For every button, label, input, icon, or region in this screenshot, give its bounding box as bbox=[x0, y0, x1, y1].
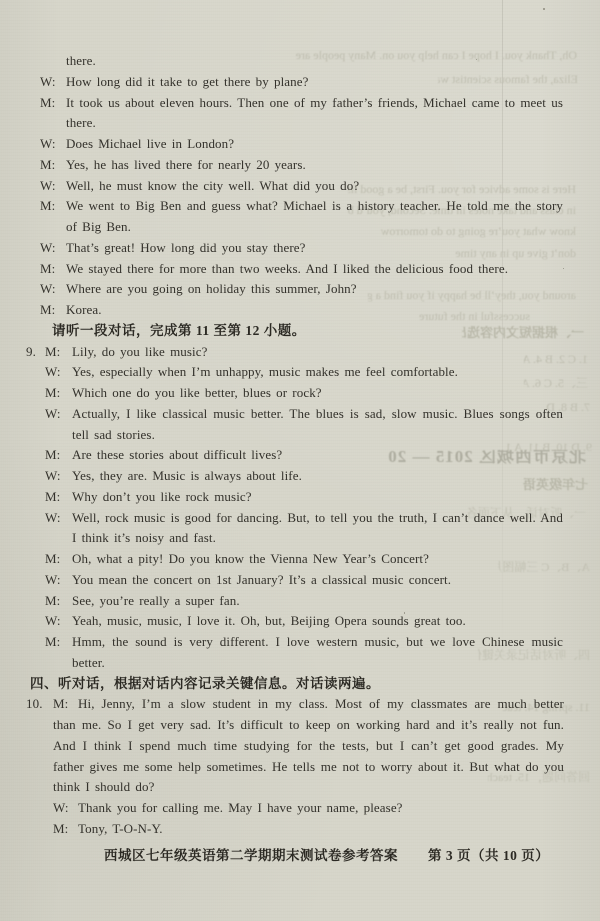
transcript-line: 9.M:Lily, do you like music? bbox=[26, 342, 563, 363]
speaker-label: M: bbox=[45, 549, 72, 570]
footer-page-number: 第 3 页（共 10 页） bbox=[428, 846, 549, 867]
line-text: Why don’t you like rock music? bbox=[72, 487, 563, 508]
dialogue-block-8: there.W:How long did it take to get ther… bbox=[0, 51, 600, 321]
speaker-label: W: bbox=[40, 176, 66, 197]
transcript-line: W:Actually, I like classical music bette… bbox=[26, 404, 563, 446]
speaker-label: M: bbox=[53, 694, 78, 715]
section-4-heading: 四、听对话，根据对话内容记录关键信息。对话读两遍。 bbox=[30, 674, 600, 695]
transcript-line: M:Oh, what a pity! Do you know the Vienn… bbox=[26, 549, 563, 570]
speaker-label: W: bbox=[40, 279, 66, 300]
line-text: Does Michael live in London? bbox=[66, 134, 563, 155]
speaker-label: M: bbox=[53, 819, 78, 840]
dialogue-block-9: 9.M:Lily, do you like music?W:Yes, espec… bbox=[0, 342, 600, 674]
speaker-label: M: bbox=[40, 155, 66, 176]
speaker-label: M: bbox=[40, 300, 66, 321]
line-text: Well, rock music is good for dancing. Bu… bbox=[72, 508, 563, 550]
transcript-line: W:You mean the concert on 1st January? I… bbox=[26, 570, 563, 591]
line-text: We stayed there for more than two weeks.… bbox=[66, 259, 563, 280]
speaker-label: W: bbox=[45, 611, 72, 632]
scanned-exam-answer-page: Oh, Thank you. I hope I can help you on.… bbox=[0, 0, 600, 921]
item-number bbox=[26, 445, 45, 466]
transcript-line: M:Why don’t you like rock music? bbox=[26, 487, 563, 508]
item-number: 10. bbox=[26, 694, 53, 715]
line-text: Lily, do you like music? bbox=[72, 342, 563, 363]
line-text: Yes, he has lived there for nearly 20 ye… bbox=[66, 155, 563, 176]
transcript-line: M:It took us about eleven hours. Then on… bbox=[40, 93, 563, 135]
line-text: Hmm, the sound is very different. I love… bbox=[72, 632, 563, 674]
footer-title: 西城区七年级英语第二学期期末测试卷参考答案 bbox=[104, 846, 398, 867]
transcript-content: there.W:How long did it take to get ther… bbox=[0, 51, 600, 840]
dialogue-block-10: 10.M:Hi, Jenny, I’m a slow student in my… bbox=[0, 694, 600, 839]
transcript-line: 10.M:Hi, Jenny, I’m a slow student in my… bbox=[53, 694, 564, 798]
transcript-line: W:Well, rock music is good for dancing. … bbox=[26, 508, 563, 550]
speaker-label: W: bbox=[53, 798, 78, 819]
speaker-label: M: bbox=[40, 196, 66, 238]
speaker-label: M: bbox=[40, 259, 66, 280]
transcript-line: M:We went to Big Ben and guess what? Mic… bbox=[40, 196, 563, 238]
line-text: Hi, Jenny, I’m a slow student in my clas… bbox=[53, 696, 564, 794]
line-text: It took us about eleven hours. Then one … bbox=[66, 93, 563, 135]
line-text: Well, he must know the city well. What d… bbox=[66, 176, 563, 197]
item-number bbox=[26, 404, 45, 446]
transcript-line: W:That’s great! How long did you stay th… bbox=[40, 238, 563, 259]
dust-speck bbox=[543, 8, 545, 10]
page-footer: 西城区七年级英语第二学期期末测试卷参考答案 第 3 页（共 10 页） bbox=[104, 846, 549, 867]
speaker-label: M: bbox=[45, 383, 72, 404]
transcript-line: W:Yeah, music, music, I love it. Oh, but… bbox=[26, 611, 563, 632]
item-number bbox=[26, 362, 45, 383]
transcript-line: W:Yes, especially when I’m unhappy, musi… bbox=[26, 362, 563, 383]
speaker-label: M: bbox=[45, 487, 72, 508]
item-number bbox=[26, 591, 45, 612]
line-text: Actually, I like classical music better.… bbox=[72, 404, 563, 446]
speaker-label: W: bbox=[40, 72, 66, 93]
transcript-line: there. bbox=[40, 51, 563, 72]
line-text: Tony, T-O-N-Y. bbox=[78, 821, 163, 836]
line-text: Yes, especially when I’m unhappy, music … bbox=[72, 362, 563, 383]
speaker-label: M: bbox=[40, 93, 66, 135]
transcript-line: M:See, you’re really a super fan. bbox=[26, 591, 563, 612]
transcript-line: W:Does Michael live in London? bbox=[40, 134, 563, 155]
item-number bbox=[26, 549, 45, 570]
transcript-line: M:We stayed there for more than two week… bbox=[40, 259, 563, 280]
line-text: Which one do you like better, blues or r… bbox=[72, 383, 563, 404]
item-number bbox=[26, 383, 45, 404]
line-text: You mean the concert on 1st January? It’… bbox=[72, 570, 563, 591]
speaker-label: W: bbox=[40, 238, 66, 259]
transcript-line: W:How long did it take to get there by p… bbox=[40, 72, 563, 93]
line-text: there. bbox=[66, 51, 563, 72]
line-text: See, you’re really a super fan. bbox=[72, 591, 563, 612]
speaker-label: M: bbox=[45, 342, 72, 363]
transcript-line: M:Tony, T-O-N-Y. bbox=[53, 819, 564, 840]
line-text: Yeah, music, music, I love it. Oh, but, … bbox=[72, 611, 563, 632]
line-text: Where are you going on holiday this summ… bbox=[66, 279, 563, 300]
speaker-label bbox=[40, 51, 66, 72]
item-number bbox=[26, 632, 45, 674]
speaker-label: W: bbox=[45, 508, 72, 550]
speaker-label: W: bbox=[45, 570, 72, 591]
item-number bbox=[26, 466, 45, 487]
transcript-line: W:Yes, they are. Music is always about l… bbox=[26, 466, 563, 487]
item-number bbox=[26, 570, 45, 591]
speaker-label: M: bbox=[45, 632, 72, 674]
line-text: Oh, what a pity! Do you know the Vienna … bbox=[72, 549, 563, 570]
line-text: Yes, they are. Music is always about lif… bbox=[72, 466, 563, 487]
transcript-line: M:Korea. bbox=[40, 300, 563, 321]
transcript-line: M:Which one do you like better, blues or… bbox=[26, 383, 563, 404]
item-number bbox=[26, 487, 45, 508]
speaker-label: M: bbox=[45, 591, 72, 612]
speaker-label: W: bbox=[40, 134, 66, 155]
speaker-label: W: bbox=[45, 466, 72, 487]
transcript-line: W:Thank you for calling me. May I have y… bbox=[53, 798, 564, 819]
line-text: How long did it take to get there by pla… bbox=[66, 72, 563, 93]
transcript-line: M:Hmm, the sound is very different. I lo… bbox=[26, 632, 563, 674]
item-number bbox=[26, 508, 45, 550]
speaker-label: W: bbox=[45, 362, 72, 383]
item-number bbox=[26, 611, 45, 632]
transcript-line: M:Yes, he has lived there for nearly 20 … bbox=[40, 155, 563, 176]
line-text: That’s great! How long did you stay ther… bbox=[66, 238, 563, 259]
transcript-line: W:Well, he must know the city well. What… bbox=[40, 176, 563, 197]
listening-note: 请听一段对话，完成第 11 至第 12 小题。 bbox=[52, 321, 600, 342]
transcript-line: M:Are these stories about difficult live… bbox=[26, 445, 563, 466]
line-text: We went to Big Ben and guess what? Micha… bbox=[66, 196, 563, 238]
line-text: Are these stories about difficult lives? bbox=[72, 445, 563, 466]
speaker-label: M: bbox=[45, 445, 72, 466]
line-text: Korea. bbox=[66, 300, 563, 321]
speaker-label: W: bbox=[45, 404, 72, 446]
item-number: 9. bbox=[26, 342, 45, 363]
transcript-line: W:Where are you going on holiday this su… bbox=[40, 279, 563, 300]
line-text: Thank you for calling me. May I have you… bbox=[78, 800, 403, 815]
